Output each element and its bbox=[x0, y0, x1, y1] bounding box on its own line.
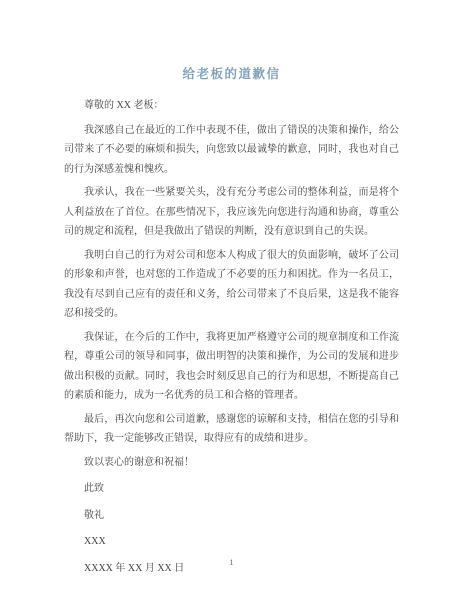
body-paragraph-5: 最后，再次向您和公司道歉，感谢您的谅解和支持，相信在您的引导和帮助下，我一定能够… bbox=[64, 410, 399, 449]
page-number: 1 bbox=[229, 557, 233, 567]
body-paragraph-4: 我保证，在今后的工作中，我将更加严格遵守公司的规章制度和工作流程，尊重公司的领导… bbox=[64, 328, 399, 406]
greeting-line: 尊敬的 XX 老板： bbox=[64, 96, 399, 116]
signature-name: XXX bbox=[64, 532, 399, 552]
closing-salute: 此致 bbox=[64, 479, 399, 499]
body-paragraph-3: 我明白自己的行为对公司和您本人构成了很大的负面影响，破坏了公司的形象和声誉，也对… bbox=[64, 246, 399, 324]
page-footer: 1 bbox=[0, 552, 463, 570]
document-page: 给老板的道歉信 尊敬的 XX 老板： 我深感自己在最近的工作中表现不佳，做出了错… bbox=[0, 0, 463, 600]
closing-respect: 敬礼 bbox=[64, 506, 399, 526]
document-title: 给老板的道歉信 bbox=[64, 64, 399, 82]
body-paragraph-1: 我深感自己在最近的工作中表现不佳，做出了错误的决策和操作，给公司带来了不必要的麻… bbox=[64, 121, 399, 180]
body-paragraph-2: 我承认，我在一些紧要关头，没有充分考虑公司的整体利益，而是将个人利益放在了首位。… bbox=[64, 183, 399, 242]
blessing-line: 致以衷心的谢意和祝福！ bbox=[64, 453, 399, 473]
